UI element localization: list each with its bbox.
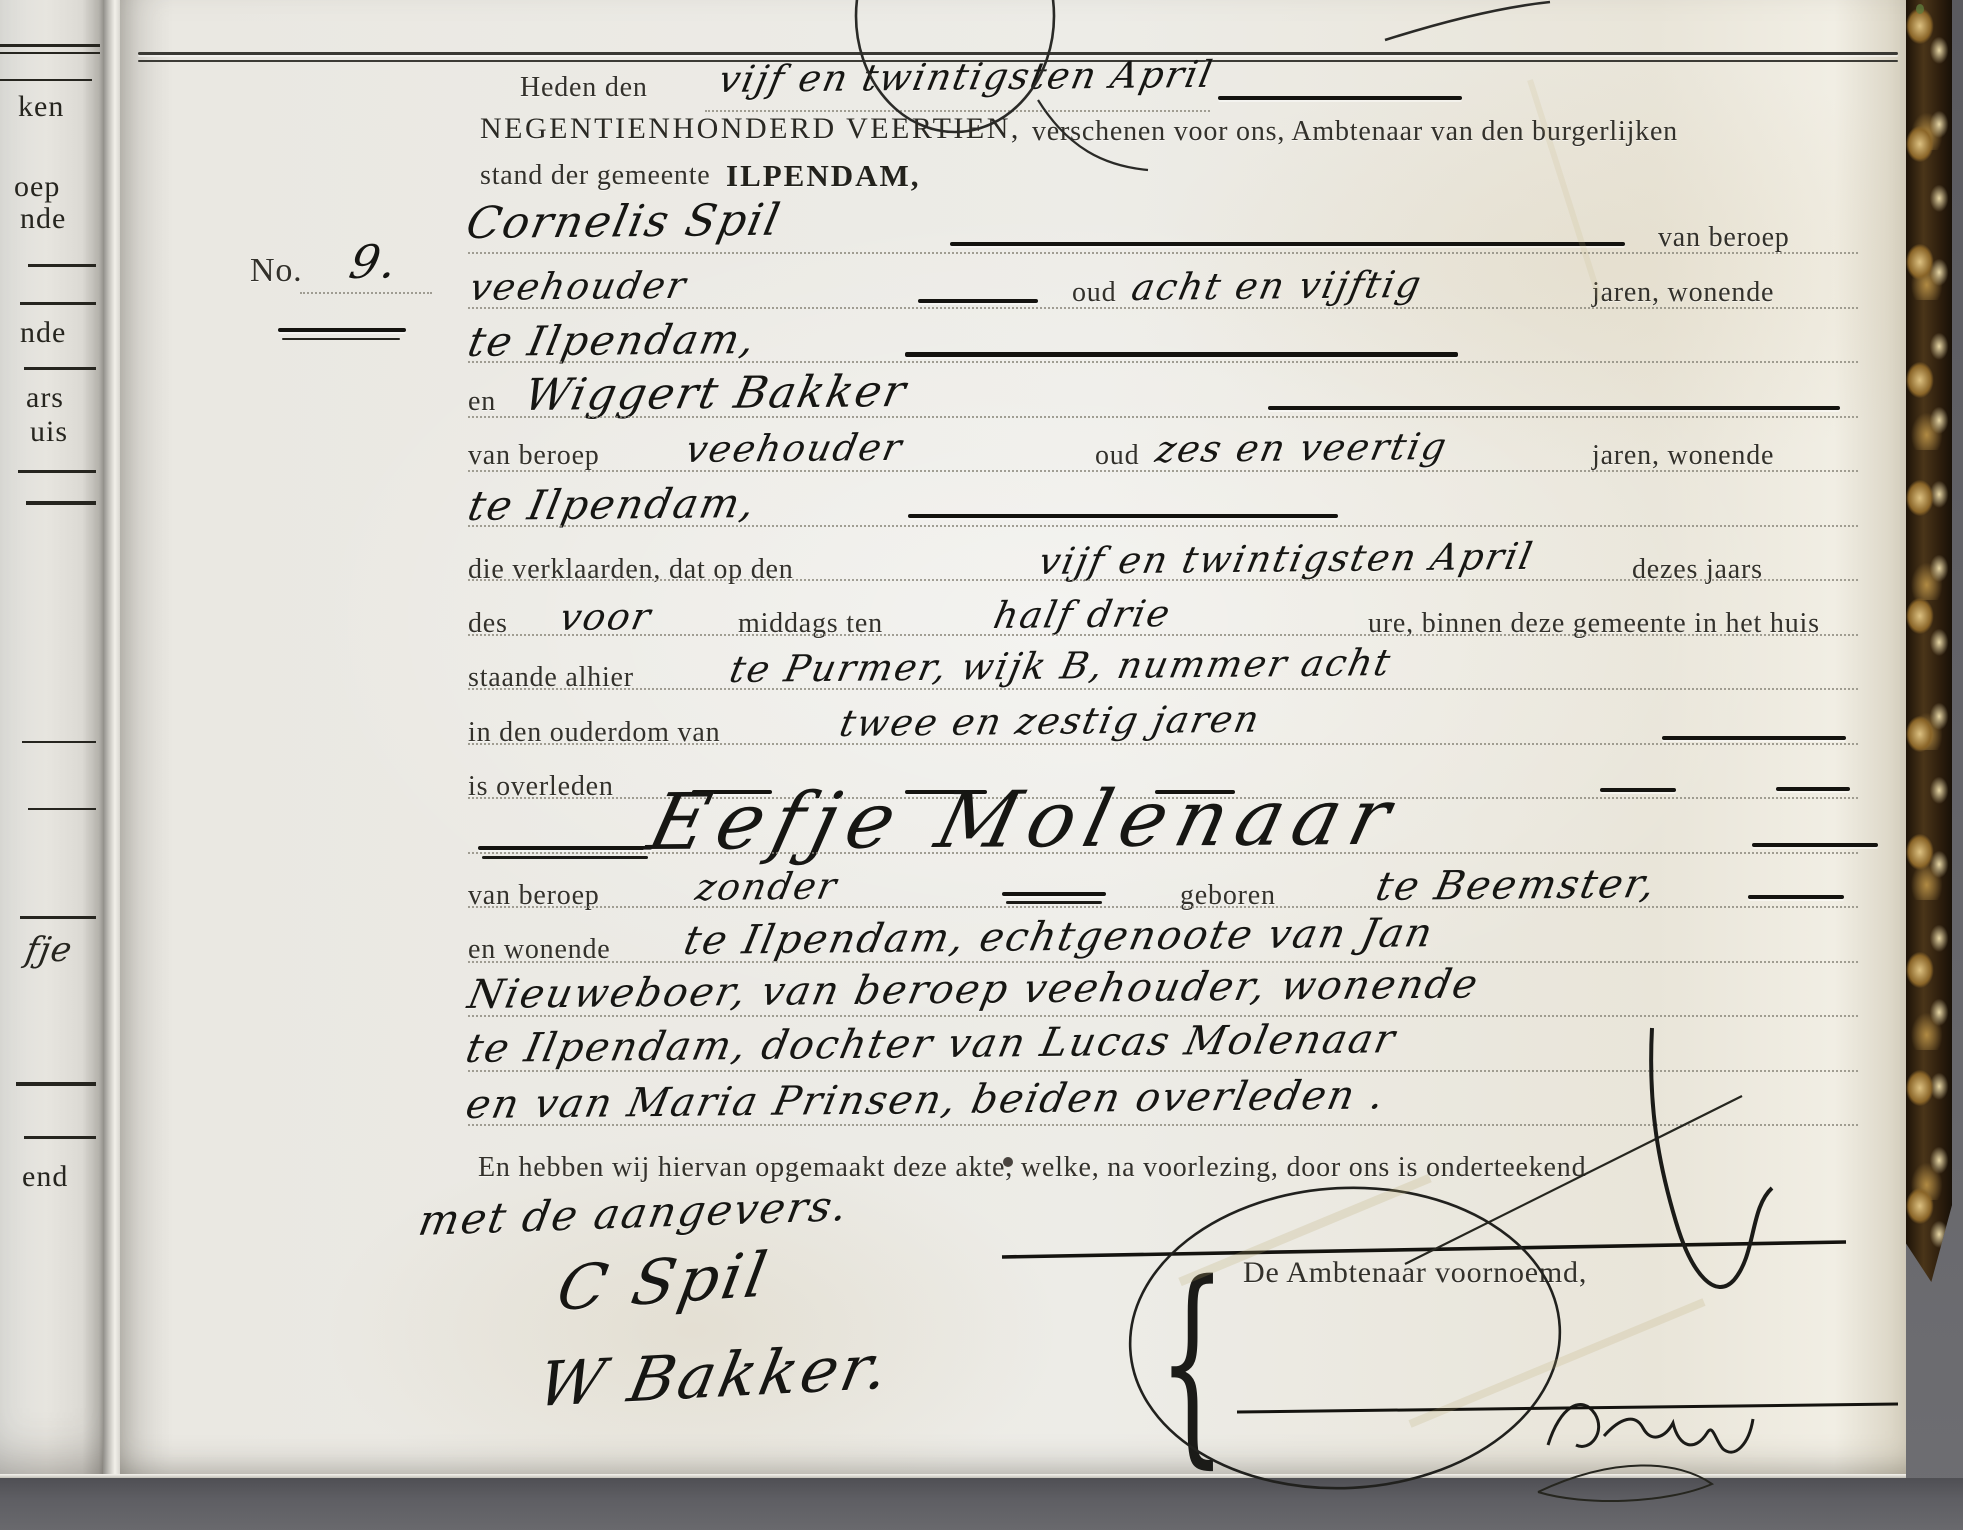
- blank-fill-rule: [950, 242, 1625, 246]
- birthplace-entry: te Beemster,: [1372, 861, 1661, 910]
- dotline: [468, 743, 1858, 745]
- left-fragment-rule: [28, 264, 96, 267]
- left-fragment-rule: [22, 741, 96, 743]
- blank-fill-rule: [478, 846, 652, 850]
- declarant1-profession: veehouder: [466, 264, 691, 309]
- binding-speck: [1916, 4, 1924, 14]
- year-printed: NEGENTIENHONDERD VEERTIEN,: [480, 112, 1021, 146]
- dotline: [468, 906, 1858, 908]
- year-printed-rest: verschenen voor ons, Ambtenaar van den b…: [1032, 116, 1678, 148]
- dotline: [468, 688, 1858, 690]
- left-fragment-rule: [0, 44, 100, 47]
- photo-background: [0, 1478, 1963, 1530]
- verklaring-label: die verklaarden, dat op den: [468, 554, 794, 586]
- dagdeel-entry: voor: [556, 595, 656, 639]
- signature-declarant1: C Spil: [552, 1238, 775, 1325]
- left-fragment-rule: [24, 367, 96, 370]
- declarant2-residence: te Ilpendam,: [464, 479, 761, 530]
- left-fragment-text: ken: [18, 90, 64, 124]
- blank-fill-rule: [1006, 901, 1102, 904]
- residence-entry-3: te Ilpendam, dochter van Lucas Molenaar: [462, 1016, 1400, 1072]
- en-label: en: [468, 386, 496, 418]
- official-label: De Ambtenaar voornoemd,: [1243, 1256, 1587, 1290]
- act-number-underline: [278, 328, 406, 332]
- blank-fill-rule: [1662, 736, 1846, 740]
- jaren-wonende-label: jaren, wonende: [1592, 277, 1774, 309]
- act-number-underline: [282, 338, 400, 340]
- dotline: [468, 525, 1858, 527]
- dotline: [468, 252, 1858, 254]
- left-fragment-rule: [20, 916, 96, 919]
- time-entry: half drie: [990, 592, 1175, 637]
- book-binding-marbled-edge: [1906, 0, 1952, 1282]
- book-gutter: [103, 0, 120, 1478]
- heden-den-label: Heden den: [520, 72, 648, 104]
- blank-fill-rule: [1218, 96, 1462, 100]
- residence-entry-4: en van Maria Prinsen, beiden overleden .: [462, 1072, 1390, 1128]
- declarant2-age: zes en veertig: [1152, 425, 1452, 471]
- dotline: [468, 579, 1858, 581]
- blank-fill-rule: [1002, 892, 1106, 896]
- house-entry: te Purmer, wijk B, nummer acht: [726, 641, 1396, 691]
- blank-fill-rule: [918, 299, 1038, 303]
- blank-fill-dash: [1748, 895, 1844, 899]
- left-fragment-rule: [26, 501, 96, 505]
- left-fragment-text: nde: [20, 316, 66, 350]
- dotline: [468, 416, 1858, 418]
- dotline: [468, 307, 1858, 309]
- left-fragment-rule: [28, 808, 96, 810]
- oud-label2: oud: [1095, 440, 1139, 472]
- blank-fill-dash: [1600, 788, 1676, 792]
- oud-label: oud: [1072, 277, 1116, 309]
- age-at-death-entry: twee en zestig jaren: [836, 698, 1265, 745]
- left-fragment-rule: [0, 79, 92, 81]
- left-fragment-rule: [20, 302, 96, 305]
- act-number-label: No.: [250, 252, 302, 290]
- gemeente-name: ILPENDAM,: [726, 158, 921, 194]
- residence-entry-1: te Ilpendam, echtgenoote van Jan: [680, 910, 1438, 964]
- dezes-jaars-label: dezes jaars: [1632, 554, 1763, 586]
- blank-fill-rule: [1268, 406, 1840, 410]
- blank-fill-dash: [1776, 787, 1850, 791]
- declarant2-name: Wiggert Bakker: [520, 366, 912, 421]
- dotline: [468, 470, 1858, 472]
- left-fragment-script: fje: [22, 930, 75, 970]
- left-fragment-text: nde: [20, 202, 66, 236]
- stand-der-gemeente: stand der gemeente: [480, 160, 711, 192]
- death-date: vijf en twintigsten April: [1035, 535, 1538, 583]
- brace-glyph: {: [1158, 1236, 1226, 1487]
- left-fragment-rule: [0, 52, 100, 54]
- left-fragment-rule: [24, 1136, 96, 1139]
- declarant2-profession: veehouder: [682, 426, 907, 471]
- dotline: [468, 634, 1858, 636]
- date-entry: vijf en twintigsten April: [715, 53, 1218, 101]
- dotline: [468, 961, 1858, 963]
- left-fragment-text: end: [22, 1160, 68, 1194]
- van-beroep-label2: van beroep: [468, 440, 600, 472]
- act-number-dotline: [300, 292, 432, 294]
- dotline: [468, 1070, 1858, 1072]
- dotline: [468, 1124, 1858, 1126]
- dotline: [468, 852, 1858, 854]
- blank-fill-rule: [482, 856, 648, 859]
- left-fragment-text: oep: [14, 170, 60, 204]
- dotline: [468, 361, 1858, 363]
- dotline: [468, 1015, 1858, 1017]
- van-beroep-label: van beroep: [1658, 222, 1790, 254]
- left-fragment-text: uis: [30, 415, 68, 449]
- left-fragment-rule: [18, 470, 96, 473]
- blank-fill-rule: [905, 352, 1458, 357]
- declarant1-age: acht en vijftig: [1128, 263, 1426, 309]
- blank-fill-rule: [1752, 843, 1878, 847]
- jaren-wonende-label2: jaren, wonende: [1592, 440, 1774, 472]
- deceased-profession: zonder: [692, 865, 842, 909]
- left-fragment-text: ars: [26, 381, 64, 415]
- blank-fill-rule: [908, 514, 1338, 518]
- left-fragment-rule: [16, 1082, 96, 1086]
- closing-printed: En hebben wij hiervan opgemaakt deze akt…: [478, 1152, 1586, 1184]
- declarant1-name: Cornelis Spil: [462, 195, 786, 249]
- declarant1-residence: te Ilpendam,: [464, 315, 761, 366]
